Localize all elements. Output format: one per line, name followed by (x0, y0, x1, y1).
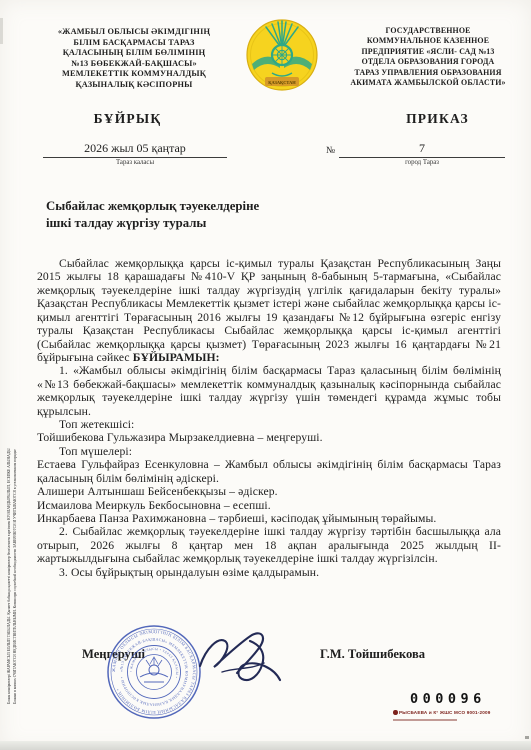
group-leader-name: Тойшибекова Гульжазира Мырзакелдиевна – … (37, 431, 501, 444)
stamp-outer-ring-text: ЖАМБЫЛ ОБЛЫСЫ ӘКІМДІГІНІҢ БІЛІМ БАСҚАРМА… (111, 629, 197, 715)
preamble-text: Сыбайлас жемқорлыққа қарсы іс-қимыл тура… (37, 257, 501, 364)
org-name-ru-line: ГОСУДАРСТВЕННОЕ (330, 26, 526, 36)
place-kazakh: Тараз каласы (43, 159, 227, 166)
org-name-russian: ГОСУДАРСТВЕННОЕ КОММУНАЛЬНОЕ КАЗЕННОЕ ПР… (330, 26, 526, 88)
order-verb: БҰЙЫРАМЫН: (133, 351, 220, 364)
security-note-russian: Бланки в копиях СЧИТАЮТСЯ НЕДЕЙСТВИТЕЛЬН… (13, 228, 19, 704)
group-member-1: Естаева Гульфайраз Есенкуловна – Жамбыл … (37, 458, 501, 485)
order-title-russian: ПРИКАЗ (365, 111, 510, 127)
org-name-kk-line: БІЛІМ БАСҚАРМАСЫ ТАРАЗ (28, 38, 240, 49)
emblem-banner-text: ҚАЗАҚСТАН (268, 80, 296, 85)
org-name-kk-line: «ЖАМБЫЛ ОБЛЫСЫ ӘКІМДІГІНІҢ (28, 27, 240, 38)
order-date: 2026 жыл 05 қаңтар (43, 141, 227, 158)
printshop-fineprint (393, 719, 457, 721)
order-subject-line2: ішкі талдау жүргізу туралы (46, 215, 326, 232)
org-name-kk-line: №13 БӨБЕКЖАЙ-БАҚШАСЫ» (28, 59, 240, 70)
handwritten-signature (192, 620, 290, 698)
group-member-3: Исмаилова Меиркуль Бекбосыновна – есепші… (37, 499, 501, 512)
blank-serial-number: 000096 (410, 691, 486, 707)
item-2-paragraph: 2. Сыбайлас жемқорлық тәуекелдеріне ішкі… (37, 525, 501, 565)
item-3-paragraph: 3. Осы бұйрықтың орындалуын өзіме қалдыр… (37, 566, 501, 579)
org-name-ru-line: КОММУНАЛЬНОЕ КАЗЕННОЕ (330, 36, 526, 46)
kazakhstan-emblem-icon: ҚАЗАҚСТАН (246, 17, 318, 94)
item-1-paragraph: 1. «Жамбыл облысы әкімдігінің білім басқ… (37, 364, 501, 418)
number-sign: № (326, 146, 335, 156)
org-name-kk-line: МЕМЛЕКЕТТІК КОММУНАЛДЫҚ (28, 69, 240, 80)
order-number: 7 (339, 141, 505, 158)
official-round-stamp: ЖАМБЫЛ ОБЛЫСЫ ӘКІМДІГІНІҢ БІЛІМ БАСҚАРМА… (106, 624, 202, 720)
group-members-heading: Топ мүшелері: (37, 445, 501, 458)
org-name-ru-line: ОТДЕЛА ОБРАЗОВАНИЯ ГОРОДА (330, 57, 526, 67)
place-russian: город Тараз (339, 159, 505, 166)
printshop-line: РЫСБАЕВА и К° ЖШС МСО 9001-2009 (393, 710, 491, 715)
org-name-kk-line: ҚАЗЫНАЛЫҚ КӘСІПОРНЫ (28, 80, 240, 91)
security-margin-note: Бланк көшірмелері ЖАРАМСЫЗ БОЛЫП ТАБЫЛАД… (7, 228, 18, 704)
signer-name: Г.М. Тойшибекова (320, 647, 425, 662)
org-name-kazakh: «ЖАМБЫЛ ОБЛЫСЫ ӘКІМДІГІНІҢ БІЛІМ БАСҚАРМ… (28, 27, 240, 91)
scan-corner-mark (525, 736, 529, 739)
order-subject: Сыбайлас жемқорлық тәуекелдеріне ішкі та… (46, 198, 326, 232)
order-body: Сыбайлас жемқорлыққа қарсы іс-қимыл тура… (37, 257, 501, 579)
group-member-4: Инкарбаева Панза Рахимжановна – тәрбиеші… (37, 512, 501, 525)
scan-edge-smudge (0, 18, 3, 44)
stamp-center-emblem (140, 657, 168, 682)
org-name-ru-line: ТАРАЗ УПРАВЛЕНИЯ ОБРАЗОВАНИЯ (330, 68, 526, 78)
org-name-ru-line: ПРЕДПРИЯТИЕ «ЯСЛИ- САД №13 (330, 47, 526, 57)
org-name-kk-line: ҚАЛАСЫНЫҢ БІЛІМ БӨЛІМІНІҢ (28, 48, 240, 59)
order-title-kazakh: БҰЙРЫҚ (55, 111, 200, 127)
order-document-page: «ЖАМБЫЛ ОБЛЫСЫ ӘКІМДІГІНІҢ БІЛІМ БАСҚАРМ… (0, 0, 531, 750)
group-member-2: Алишери Алтыншаш Бейсенбекқызы – әдіскер… (37, 485, 501, 498)
printshop-text: РЫСБАЕВА и К° ЖШС МСО 9001-2009 (399, 710, 491, 715)
org-name-ru-line: АКИМАТА ЖАМБЫЛСКОЙ ОБЛАСТИ» (330, 78, 526, 88)
scan-bottom-band (0, 741, 531, 750)
order-subject-line1: Сыбайлас жемқорлық тәуекелдеріне (46, 198, 326, 215)
preamble-paragraph: Сыбайлас жемқорлыққа қарсы іс-қимыл тура… (37, 257, 501, 364)
printshop-logo-icon (393, 710, 398, 715)
group-leader-heading: Топ жетекшісі: (37, 418, 501, 431)
